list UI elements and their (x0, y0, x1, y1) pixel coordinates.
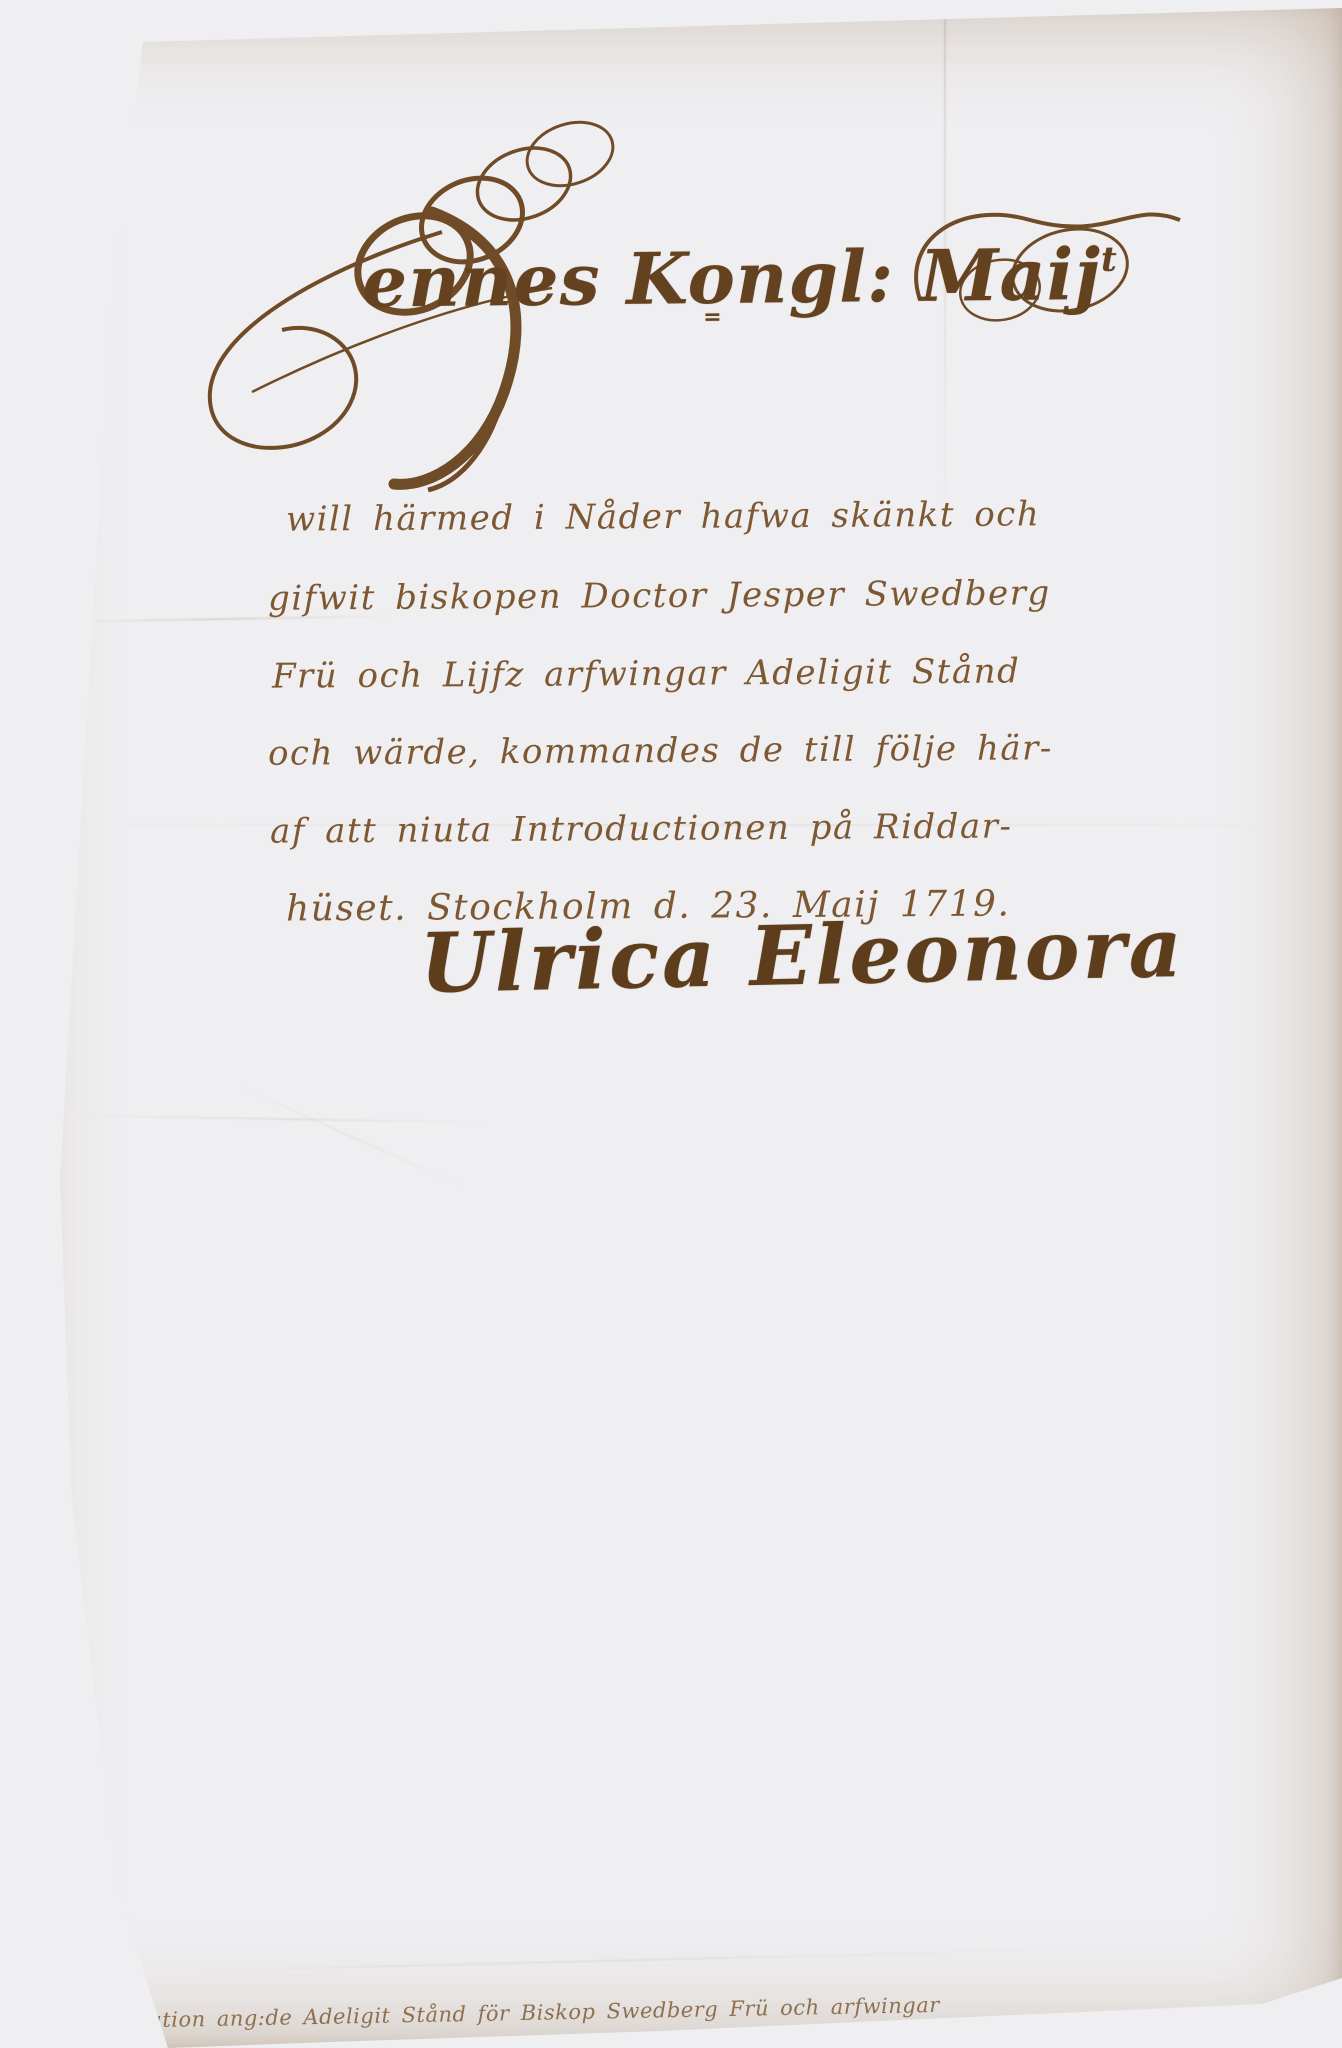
document-title: ennes Kongl: Maijt= (362, 232, 1063, 323)
body-line: gifwit biskopen Doctor Jesper Swedberg (268, 573, 1051, 618)
scanned-document-page: ennes Kongl: Maijt= will härmed i Nåder … (0, 0, 1342, 2048)
body-line: och wärde, kommandes de till följe här- (268, 728, 1053, 773)
body-line: will härmed i Nåder hafwa skänkt och (286, 494, 1040, 539)
body-line: Frü och Lijfz arfwingar Adeligit Stånd (272, 651, 1021, 696)
royal-signature: Ulrica Eleonora (419, 900, 1186, 1012)
aged-paper-sheet: ennes Kongl: Maijt= will härmed i Nåder … (0, 0, 1342, 2048)
title-text: ennes Kongl: Maij (362, 232, 1102, 324)
paper-crease (231, 1082, 469, 1190)
docket-annotation: gnes Resolution ang:de Adeligit Stånd fö… (24, 1989, 1124, 2034)
paper-crease (150, 1949, 1050, 1973)
body-line: af att niuta Introductionen på Riddar- (270, 806, 1013, 851)
paper-crease (70, 1114, 490, 1123)
